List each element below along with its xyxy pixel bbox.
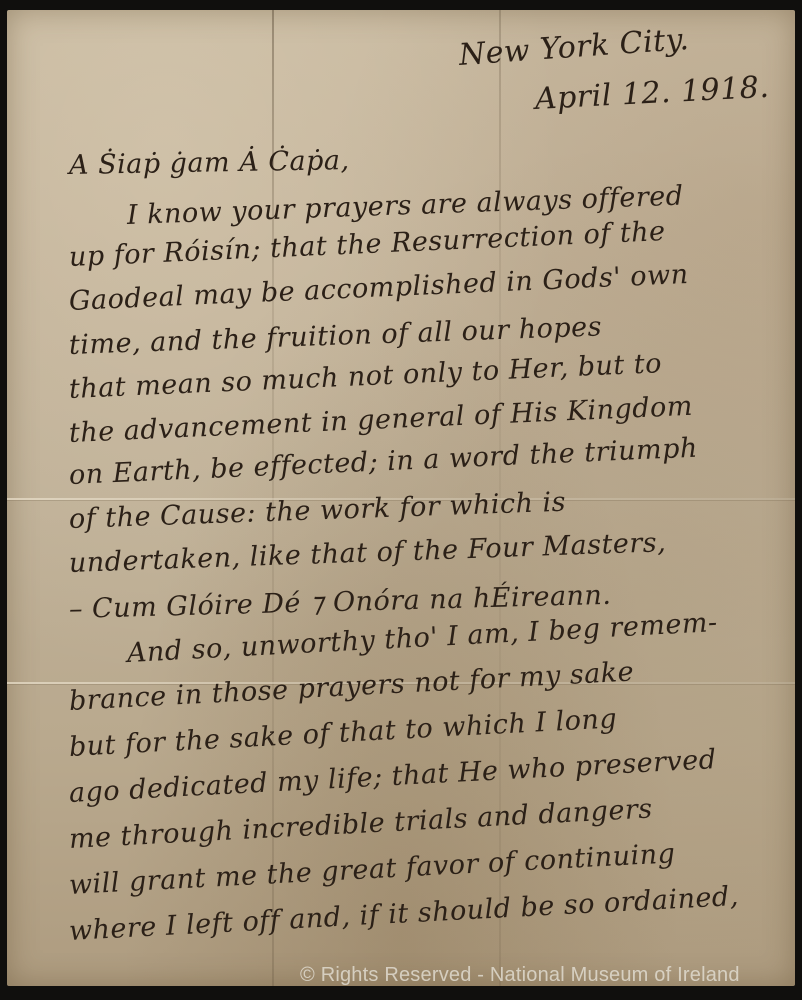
letter-place: New York City. (458, 22, 691, 73)
letter-date: April 12. 1918. (534, 70, 770, 117)
copyright-watermark: © Rights Reserved - National Museum of I… (300, 964, 740, 987)
letter-salutation: A Ṡiaṗ ġam Ȧ Ċaṗa, (69, 145, 350, 181)
letter-line: of the Cause: the work for which is (68, 487, 566, 535)
letter-line: undertaken, like that of the Four Master… (68, 527, 666, 579)
letter-paper: New York City. April 12. 1918. A Ṡiaṗ ġa… (7, 10, 795, 986)
document-viewer: New York City. April 12. 1918. A Ṡiaṗ ġa… (0, 0, 802, 1000)
